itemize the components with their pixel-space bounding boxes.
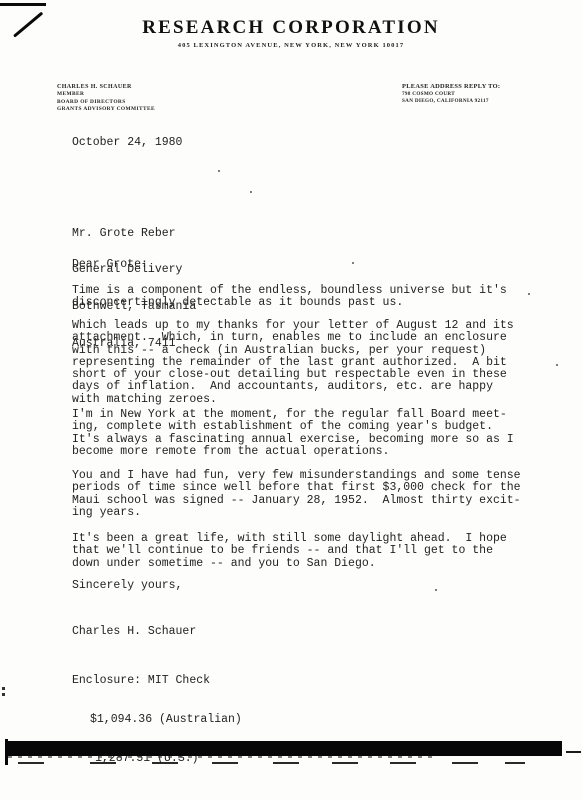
sender-title-line: GRANTS ADVISORY COMMITTEE (57, 106, 155, 113)
scan-edge-dash (332, 762, 358, 764)
scan-edge-artifact (5, 741, 562, 756)
scan-edge-dash (505, 762, 525, 764)
letterhead-company-name: RESEARCH CORPORATION (0, 17, 582, 39)
scan-edge-dash (18, 762, 44, 764)
signature-name: Charles H. Schauer (72, 626, 196, 638)
closing-line: Sincerely yours, (72, 580, 182, 592)
reply-address-city: SAN DIEGO, CALIFORNIA 92117 (402, 98, 500, 105)
paragraph-3: I'm in New York at the moment, for the r… (72, 409, 514, 458)
scan-edge-dash (390, 762, 416, 764)
sender-title-line: BOARD OF DIRECTORS (57, 99, 155, 106)
enclosure-title: Enclosure: MIT Check (72, 674, 242, 687)
letterhead: RESEARCH CORPORATION 405 LEXINGTON AVENU… (0, 17, 582, 49)
paragraph-1: Time is a component of the endless, boun… (72, 285, 507, 310)
scan-edge-dash (152, 762, 178, 764)
scan-edge-fringe (8, 756, 438, 758)
enclosure-block: Enclosure: MIT Check $1,094.36 (Australi… (72, 648, 242, 791)
scan-artifact-top-edge (0, 3, 46, 6)
paragraph-4: You and I have had fun, very few misunde… (72, 470, 521, 519)
enclosure-amount-australian: $1,094.36 (Australian) (72, 713, 242, 726)
scan-edge-dash (90, 762, 116, 764)
scan-edge-dash (452, 762, 478, 764)
scan-edge-dash (273, 762, 299, 764)
scan-speck (435, 589, 437, 591)
recipient-name: Mr. Grote Reber (72, 228, 196, 240)
reply-address-street: 798 COSMO COURT (402, 91, 500, 98)
scan-speck (218, 170, 220, 172)
reply-address-heading: PLEASE ADDRESS REPLY TO: (402, 84, 500, 91)
scan-speck (352, 262, 354, 264)
letterhead-address: 405 LEXINGTON AVENUE, NEW YORK, NEW YORK… (0, 42, 582, 49)
paragraph-5: It's been a great life, with still some … (72, 533, 507, 570)
paragraph-2: Which leads up to my thanks for your let… (72, 320, 514, 406)
date-line: October 24, 1980 (72, 137, 182, 149)
scan-speck (556, 364, 558, 366)
sender-name: CHARLES H. SCHAUER (57, 84, 155, 91)
scan-edge-dash (212, 762, 238, 764)
reply-address-block: PLEASE ADDRESS REPLY TO: 798 COSMO COURT… (402, 84, 500, 104)
sender-title-line: MEMBER (57, 91, 155, 98)
scan-speck (250, 191, 252, 193)
salutation: Dear Grote: (72, 259, 148, 271)
sender-info-block: CHARLES H. SCHAUER MEMBER BOARD OF DIREC… (57, 84, 155, 114)
scanned-letter-page: RESEARCH CORPORATION 405 LEXINGTON AVENU… (0, 0, 582, 800)
scan-speck (528, 293, 530, 295)
scan-edge-dash (566, 751, 581, 753)
